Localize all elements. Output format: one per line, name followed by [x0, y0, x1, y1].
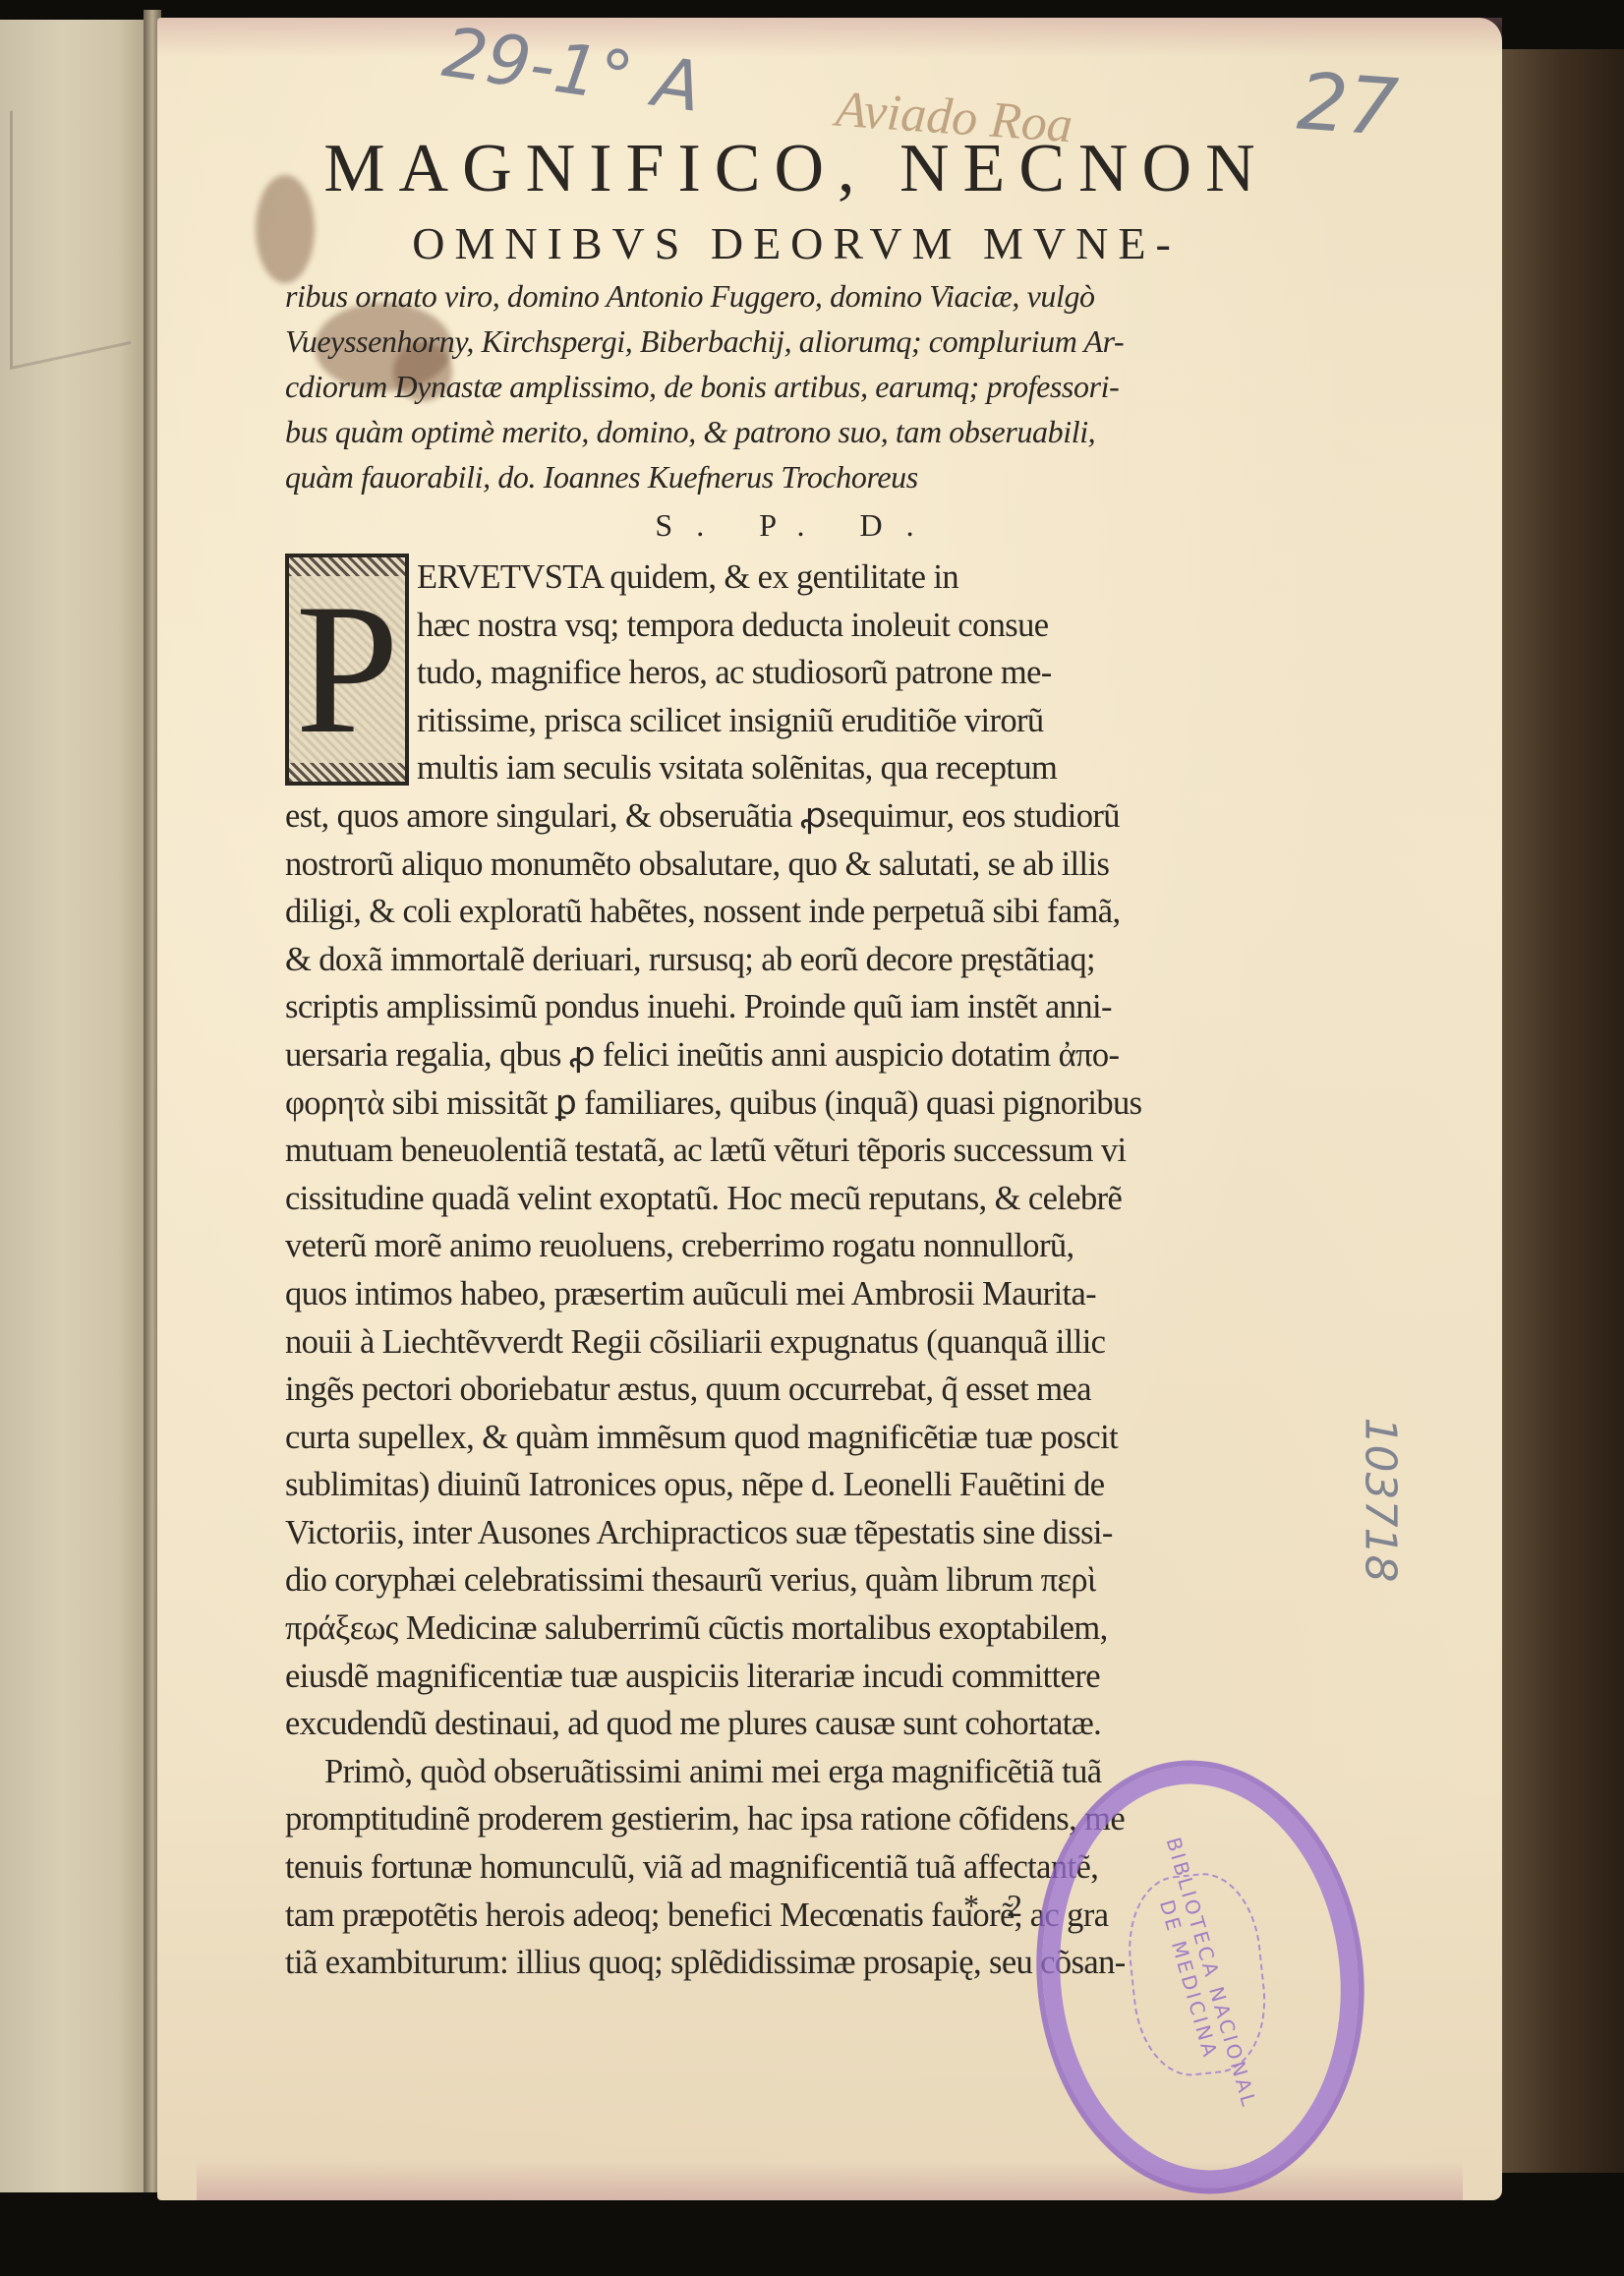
dedication-line: cdiorum Dynastæ amplissimo, de bonis art… — [285, 364, 1307, 409]
body-line: Victoriis, inter Ausones Archipracticos … — [285, 1509, 1307, 1557]
body-line: dio coryphæi celebratissimi thesaurũ ver… — [285, 1556, 1307, 1605]
left-facing-page — [0, 20, 157, 2192]
body-line: uersaria regalia, qbus ꝓ felici ineũtis … — [285, 1031, 1307, 1080]
body-line: diligi, & coli exploratũ habẽtes, nossen… — [285, 888, 1307, 936]
left-page-scribble — [10, 86, 131, 370]
body-line: est, quos amore singulari, & obseruãtia … — [285, 792, 1307, 841]
body-line: φορητὰ sibi missitãt ꝑ familiares, quibu… — [285, 1080, 1307, 1128]
pencil-number: 27 — [1295, 56, 1401, 154]
signature-mark: * 2 — [963, 1888, 1032, 1924]
body-line: cissitudine quadã velint exoptatũ. Hoc m… — [285, 1175, 1307, 1223]
body-line: nostrorũ aliquo monumẽto obsalutare, quo… — [285, 841, 1307, 889]
body-line: excudendũ destinaui, ad quod me plures c… — [285, 1700, 1307, 1748]
dedication-text: MAGNIFICO, NECNON OMNIBVS DEORVM MVNE- r… — [285, 128, 1307, 1987]
body-line: πράξεως Medicinæ saluberrimũ cũctis mort… — [285, 1605, 1307, 1653]
body-line: & doxã immortalẽ deriuari, rursusq; ab e… — [285, 936, 1307, 984]
body-line: ERVETVSTA quidem, & ex gentilitate in — [285, 554, 1307, 602]
body-line: tudo, magnifice heros, ac studiosorũ pat… — [285, 649, 1307, 697]
body-line: hæc nostra vsq; tempora deducta inoleuit… — [285, 602, 1307, 650]
dedication-line: bus quàm optimè merito, domino, & patron… — [285, 409, 1307, 454]
book-spine — [1502, 49, 1624, 2173]
body-line: sublimitas) diuinũ Iatronices opus, nẽpe… — [285, 1461, 1307, 1509]
dedication-line: quàm fauorabili, do. Ioannes Kuefnerus T… — [285, 454, 1307, 499]
dedication-line: Vueyssenhorny, Kirchspergi, Biberbachij,… — [285, 319, 1307, 364]
dedication-line: ribus ornato viro, domino Antonio Fugger… — [285, 273, 1307, 319]
body-line: curta supellex, & quàm immẽsum quod magn… — [285, 1414, 1307, 1462]
body-line: quos intimos habeo, præsertim auũculi me… — [285, 1270, 1307, 1318]
salutation: S. P. D. — [285, 507, 1307, 544]
pencil-inventory-number: 103718 — [1355, 1418, 1405, 1583]
body-line: ritissime, prisca scilicet insigniũ erud… — [285, 697, 1307, 745]
body-line: scriptis amplissimũ pondus inuehi. Proin… — [285, 983, 1307, 1031]
body-line: veterũ morẽ animo reuoluens, creberrimo … — [285, 1222, 1307, 1270]
body-paragraph-1: P ERVETVSTA quidem, & ex gentilitate in … — [285, 554, 1307, 1748]
drop-initial-letter: P — [289, 576, 404, 763]
top-water-stain — [157, 18, 1502, 57]
body-line: multis iam seculis vsitata solẽnitas, qu… — [285, 744, 1307, 792]
body-line: ingẽs pectori oboriebatur æstus, quum oc… — [285, 1366, 1307, 1414]
body-line: nouii à Liechtẽvverdt Regii cõsiliarii e… — [285, 1318, 1307, 1367]
title-line-1: MAGNIFICO, NECNON — [285, 128, 1307, 210]
body-line: mutuam beneuolentiã testatã, ac lætũ vẽt… — [285, 1127, 1307, 1175]
decorated-drop-initial: P — [285, 554, 409, 786]
dedication-address: ribus ornato viro, domino Antonio Fugger… — [285, 273, 1307, 499]
title-line-2: OMNIBVS DEORVM MVNE- — [285, 214, 1307, 273]
body-line: eiusdẽ magnificentiæ tuæ auspiciis liter… — [285, 1653, 1307, 1701]
